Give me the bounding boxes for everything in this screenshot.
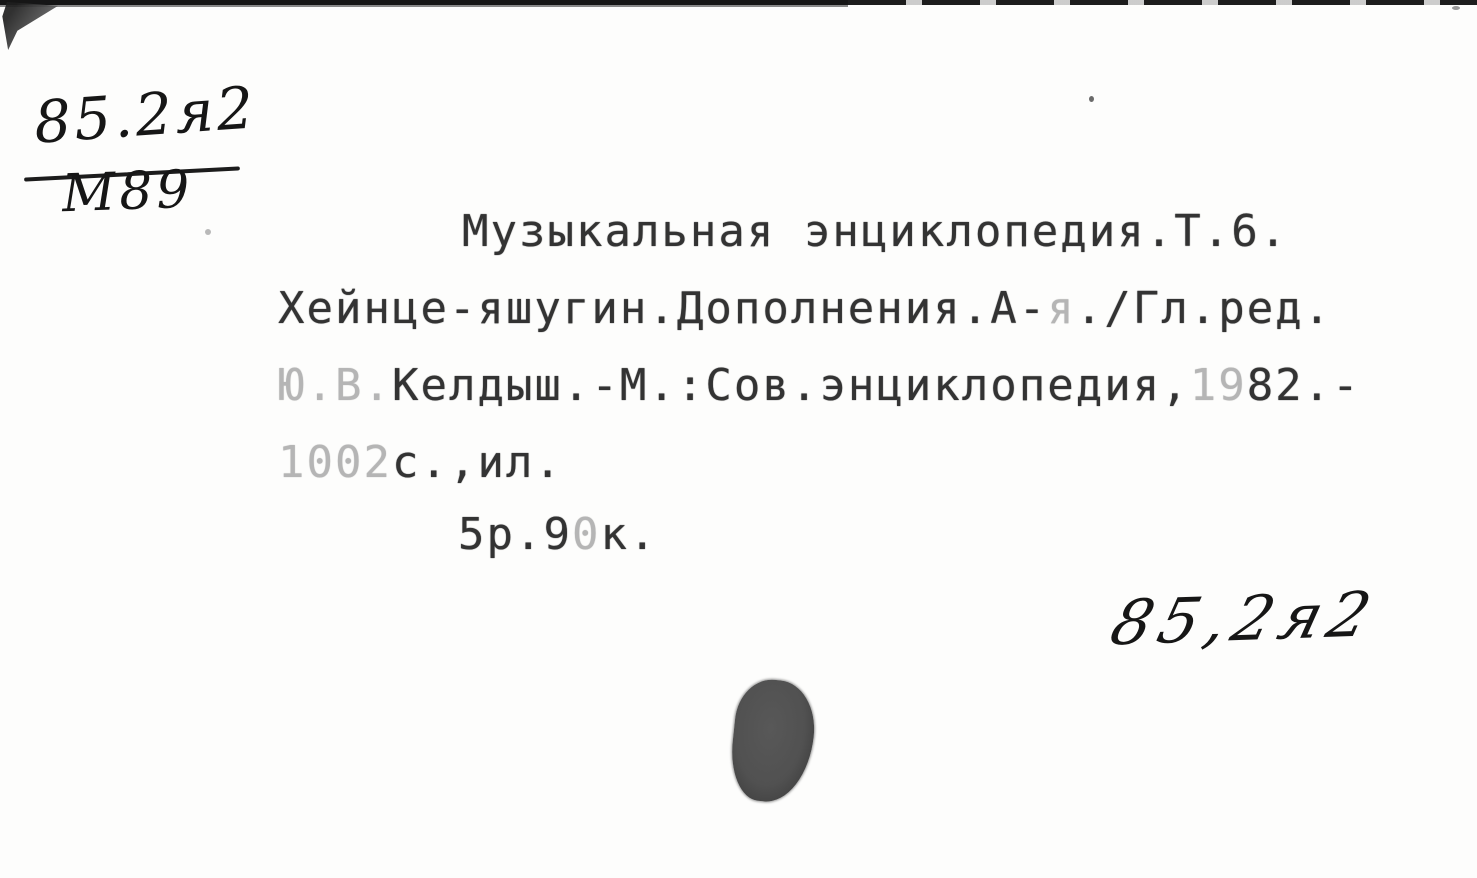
typed-line-range-editor: Хейнце-яшугин.Дополнения.А-я./Гл.ред.: [278, 287, 1332, 331]
typed-text-segment: Келдыш.-М.:Сов.энциклопедия,: [392, 360, 1190, 411]
typed-line-collation: 1002с.,ил.: [278, 441, 563, 485]
ink-blot: [727, 676, 819, 806]
typed-text-segment: 19: [1190, 360, 1247, 411]
typed-text-segment: с.,ил.: [392, 437, 563, 488]
typed-text-segment: 82.-: [1247, 360, 1361, 411]
classification-handwritten-bottom-right: 85,2я2: [1105, 583, 1384, 654]
typed-line-title: Музыкальная энциклопедия.Т.6.: [462, 210, 1288, 254]
typed-text-segment: к.: [600, 509, 657, 560]
call-number-classification: 85.2я2: [32, 78, 258, 151]
paper-speck: [1452, 6, 1460, 10]
typed-text-segment: 5р.9: [458, 509, 572, 560]
typed-text-segment: Ю.В.: [278, 360, 392, 411]
call-number-author-mark: М89: [61, 164, 194, 221]
typed-text-segment: Хейнце-яшугин.Дополнения.А-: [278, 283, 1047, 334]
typed-text-segment: 1002: [278, 437, 392, 488]
typed-text-segment: 0: [572, 509, 601, 560]
scan-edge-artifact-right: [848, 0, 1477, 5]
scan-edge-artifact-left: [0, 0, 848, 8]
scan-corner-wedge-artifact: [0, 2, 58, 50]
paper-speck: [1089, 96, 1094, 102]
typed-line-imprint: Ю.В.Келдыш.-М.:Сов.энциклопедия,1982.-: [278, 364, 1361, 408]
typed-text-segment: Музыкальная энциклопедия.Т.6.: [462, 206, 1288, 257]
typed-text-segment: ./Гл.ред.: [1076, 283, 1332, 334]
typed-line-price: 5р.90к.: [458, 513, 657, 557]
typed-text-segment: я: [1047, 283, 1076, 334]
paper-speck: [205, 229, 211, 235]
catalog-card-scan: 85.2я2 М89 Музыкальная энциклопедия.Т.6.…: [0, 0, 1477, 878]
